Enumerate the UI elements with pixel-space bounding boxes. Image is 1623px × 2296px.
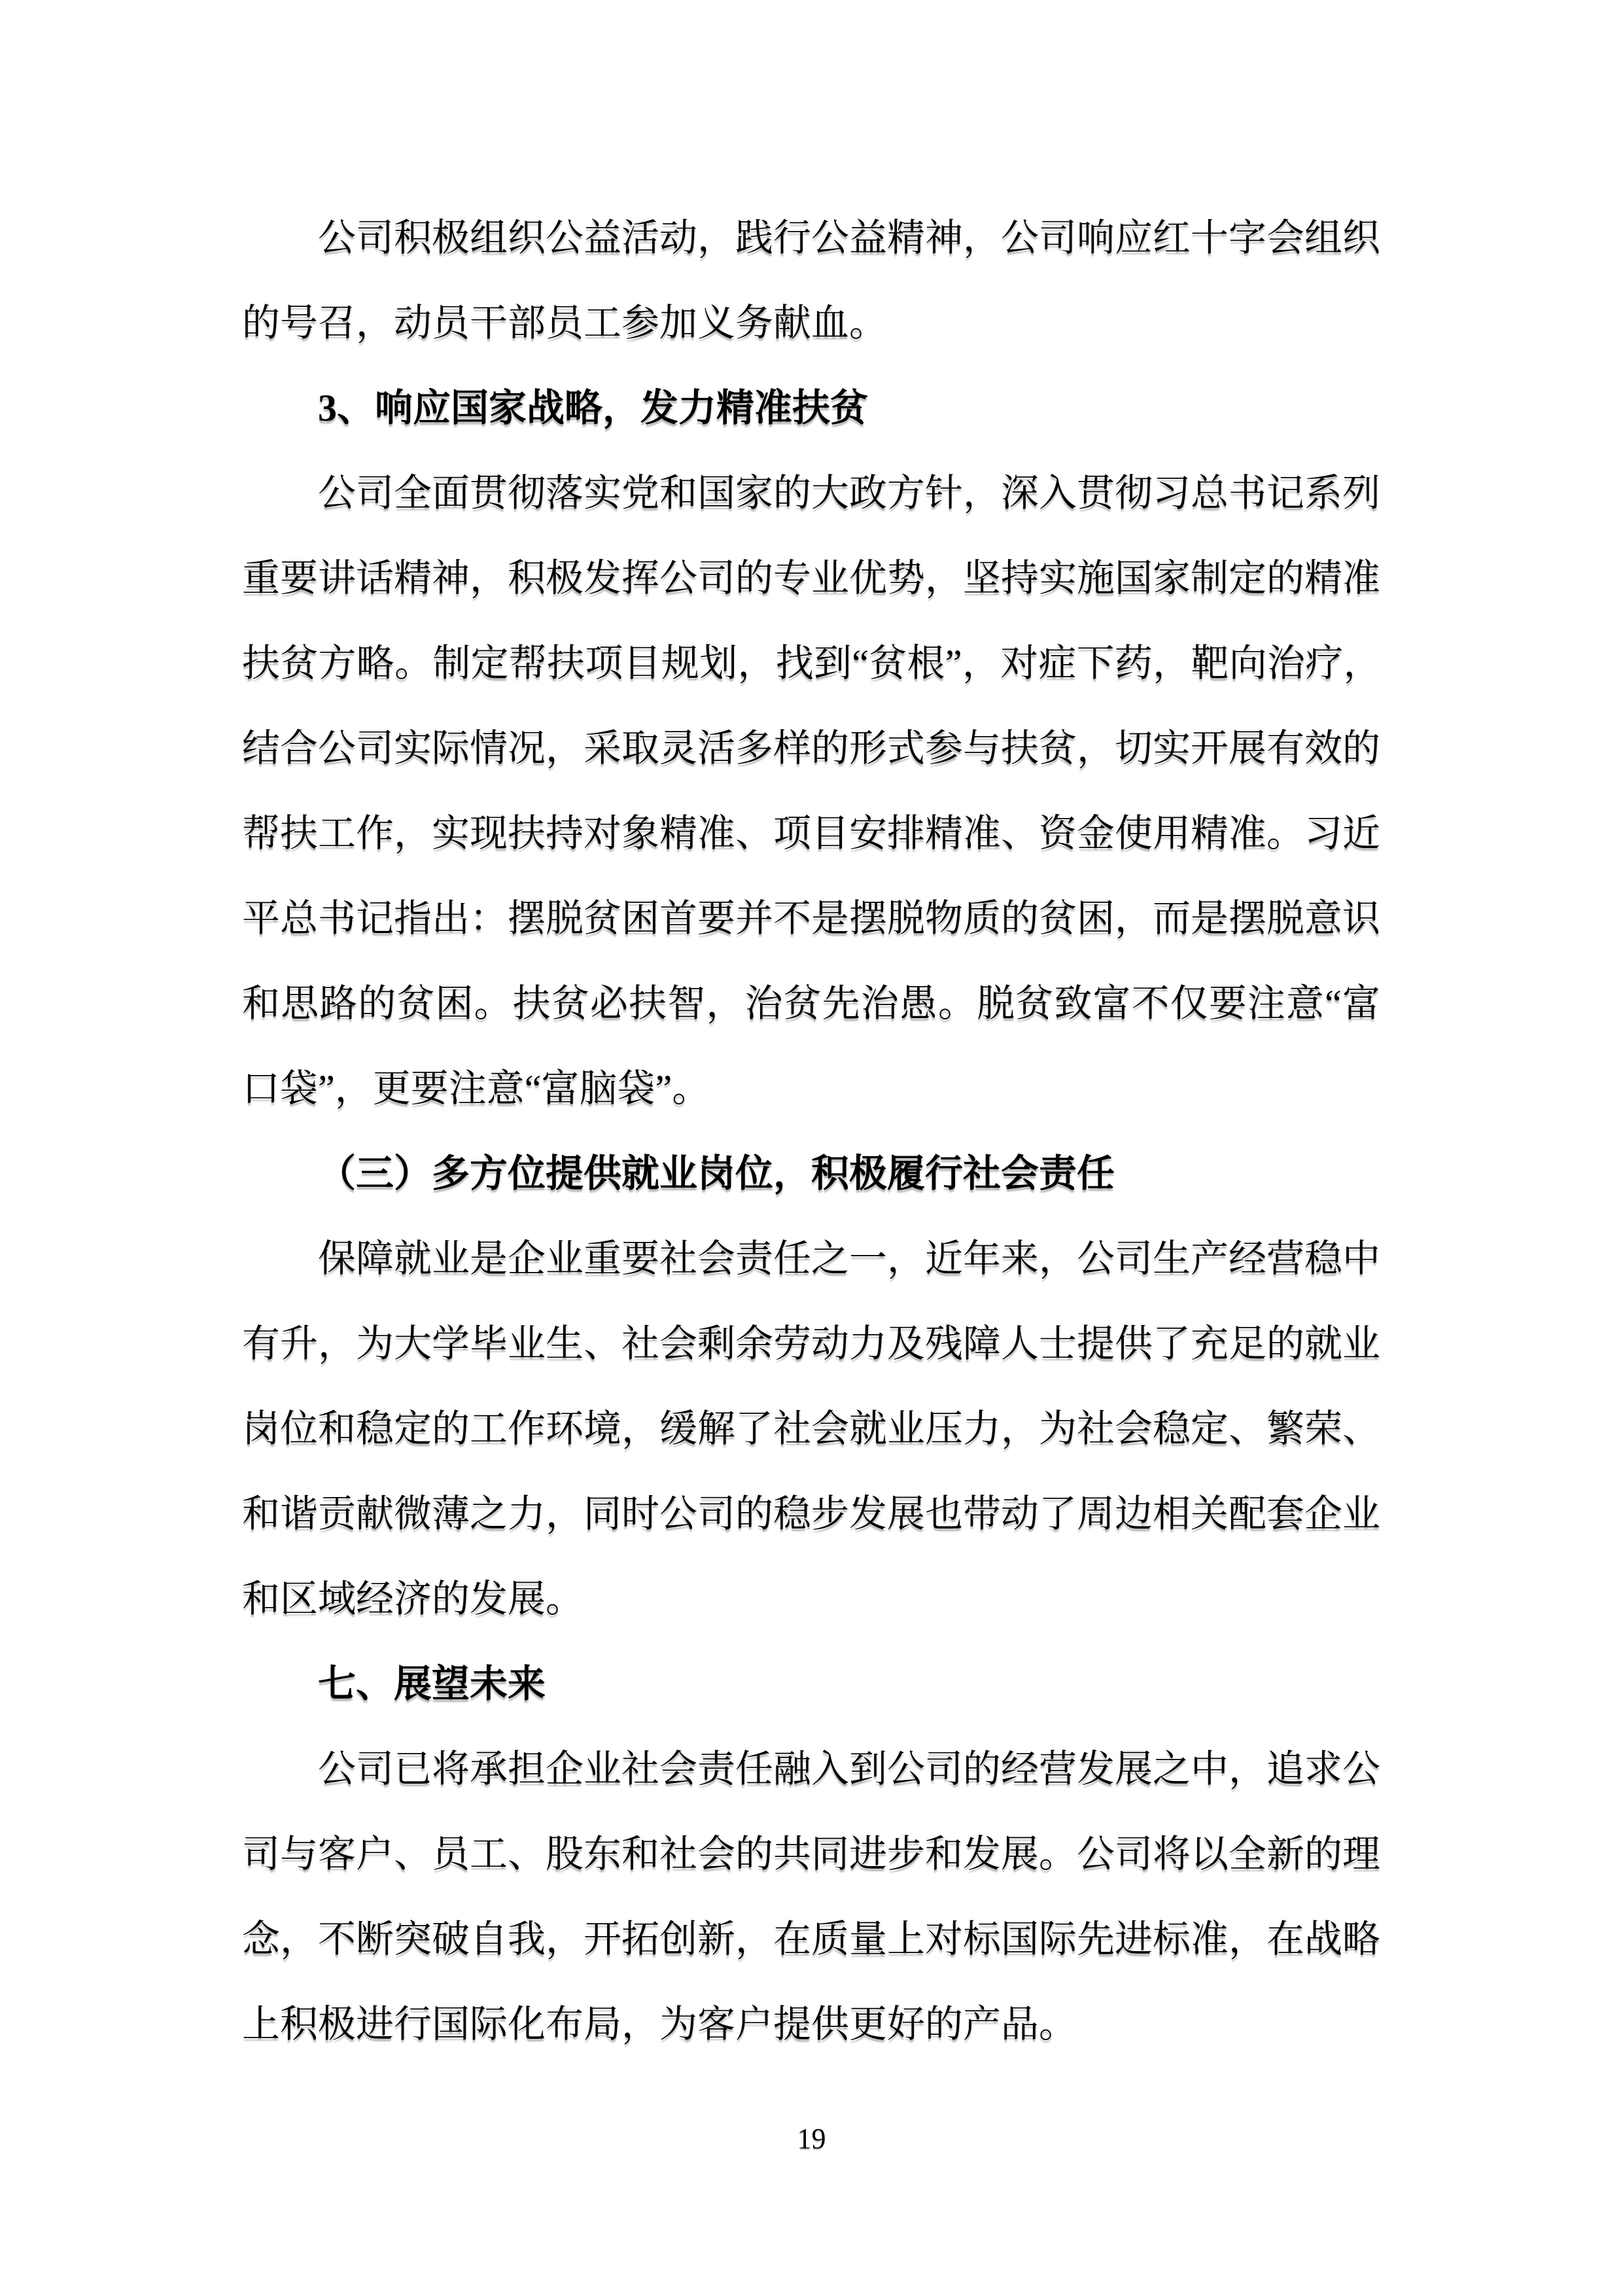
paragraph-line: 公司全面贯彻落实党和国家的大政方针，深入贯彻习总书记系列 [242,451,1380,536]
paragraph-line: 有升，为大学毕业生、社会剩余劳动力及残障人士提供了充足的就业 [242,1301,1380,1386]
paragraph-line: 和谐贡献微薄之力，同时公司的稳步发展也带动了周边相关配套企业 [242,1472,1380,1557]
paragraph-line: 的号召，动员干部员工参加义务献血。 [242,281,1380,366]
paragraph-line: 司与客户、员工、股东和社会的共同进步和发展。公司将以全新的理 [242,1812,1380,1897]
paragraph-line: 上积极进行国际化布局，为客户提供更好的产品。 [242,1982,1380,2067]
section-heading: 3、响应国家战略，发力精准扶贫 [242,366,1380,451]
paragraph-line: 平总书记指出：摆脱贫困首要并不是摆脱物质的贫困，而是摆脱意识 [242,876,1380,961]
text-block: 公司积极组织公益活动，践行公益精神，公司响应红十字会组织 的号召，动员干部员工参… [242,196,1380,2067]
paragraph-line: 帮扶工作，实现扶持对象精准、项目安排精准、资金使用精准。习近 [242,791,1380,876]
paragraph-line: 和区域经济的发展。 [242,1557,1380,1642]
paragraph-line: 岗位和稳定的工作环境，缓解了社会就业压力，为社会稳定、繁荣、 [242,1386,1380,1472]
paragraph-line: 公司积极组织公益活动，践行公益精神，公司响应红十字会组织 [242,196,1380,281]
document-page: 公司积极组织公益活动，践行公益精神，公司响应红十字会组织 的号召，动员干部员工参… [0,0,1623,2296]
paragraph-line: 公司已将承担企业社会责任融入到公司的经营发展之中，追求公 [242,1727,1380,1812]
section-heading: （三）多方位提供就业岗位，积极履行社会责任 [242,1131,1380,1216]
paragraph-line: 保障就业是企业重要社会责任之一，近年来，公司生产经营稳中 [242,1216,1380,1301]
page-number: 19 [0,2123,1623,2155]
paragraph-line: 口袋”，更要注意“富脑袋”。 [242,1046,1380,1131]
paragraph-line: 扶贫方略。制定帮扶项目规划，找到“贫根”，对症下药，靶向治疗， [242,621,1380,706]
section-heading: 七、展望未来 [242,1642,1380,1727]
paragraph-line: 结合公司实际情况，采取灵活多样的形式参与扶贫，切实开展有效的 [242,706,1380,791]
paragraph-line: 念，不断突破自我，开拓创新，在质量上对标国际先进标准，在战略 [242,1897,1380,1982]
paragraph-line: 和思路的贫困。扶贫必扶智，治贫先治愚。脱贫致富不仅要注意“富 [242,961,1380,1046]
paragraph-line: 重要讲话精神，积极发挥公司的专业优势，坚持实施国家制定的精准 [242,536,1380,621]
